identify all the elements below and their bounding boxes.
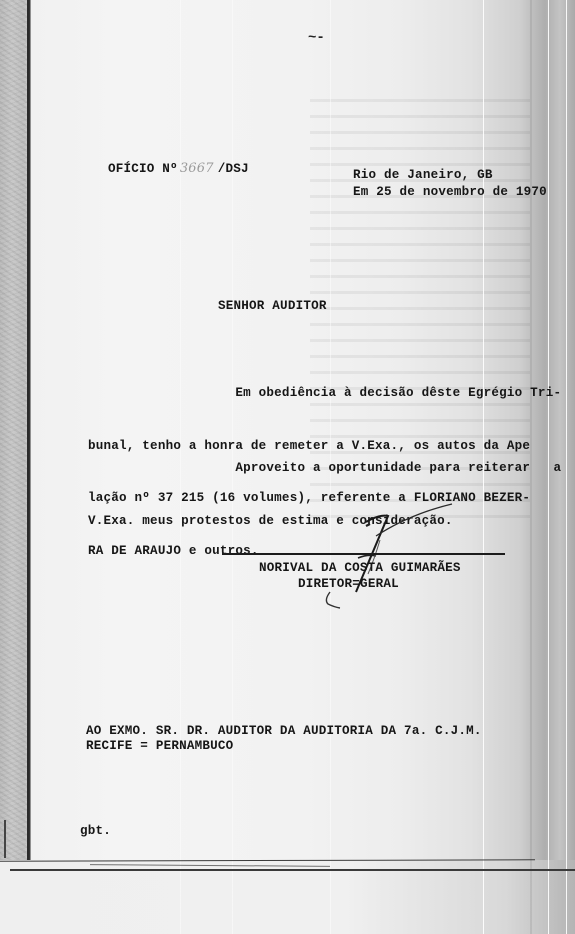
oficio-label: OFÍCIO Nº bbox=[108, 162, 178, 176]
top-mark: ~- bbox=[308, 30, 325, 46]
oficio-suffix: /DSJ bbox=[218, 162, 249, 176]
handwritten-signature bbox=[340, 500, 480, 610]
paragraph-line: V.Exa. meus protestos de estima e consid… bbox=[88, 513, 561, 531]
left-binding-margin bbox=[0, 0, 28, 860]
place-line: Rio de Janeiro, GB bbox=[353, 167, 493, 184]
greeting: SENHOR AUDITOR bbox=[218, 298, 327, 315]
page-bottom-area bbox=[0, 860, 575, 934]
signatory-name: NORIVAL DA COSTA GUIMARÃES bbox=[259, 560, 461, 577]
addressee-line-2: RECIFE = PERNAMBUCO bbox=[86, 738, 233, 755]
body-paragraph-2: Aproveito a oportunidade para reiterar a… bbox=[88, 425, 561, 565]
left-frame-mark bbox=[0, 820, 6, 858]
scanned-document-page: ~- OFÍCIO Nº3667/DSJ Rio de Janeiro, GB … bbox=[0, 0, 575, 934]
date-line: Em 25 de novembro de 1970 bbox=[353, 184, 547, 201]
typist-initials: gbt. bbox=[80, 823, 111, 840]
signature-line bbox=[222, 553, 505, 555]
bottom-rule bbox=[10, 869, 575, 871]
paragraph-line: Aproveito a oportunidade para reiterar a bbox=[88, 460, 561, 478]
oficio-number-handwritten: 3667 bbox=[180, 161, 214, 176]
page-edge-line bbox=[27, 0, 29, 860]
paragraph-line: Em obediência à decisão dêste Egrégio Tr… bbox=[88, 385, 561, 403]
signatory-title: DIRETOR=GERAL bbox=[298, 576, 399, 593]
signature-flourish bbox=[322, 590, 346, 610]
oficio-reference: OFÍCIO Nº3667/DSJ bbox=[108, 160, 249, 178]
scan-streak bbox=[566, 0, 567, 934]
